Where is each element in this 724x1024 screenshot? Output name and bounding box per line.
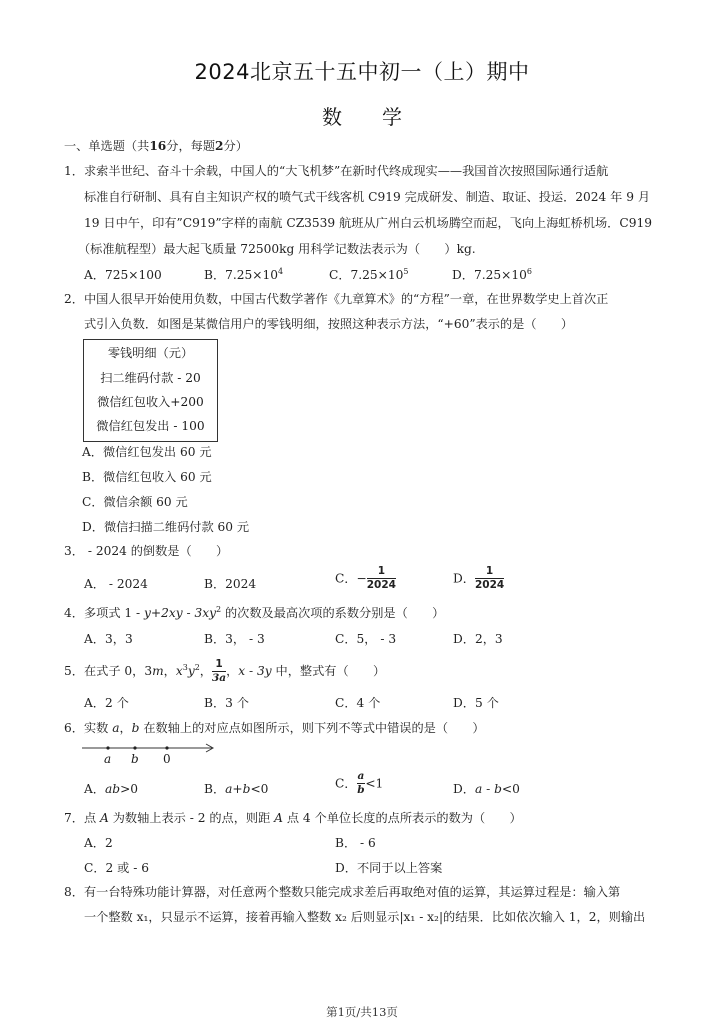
- number-line-icon: [80, 738, 220, 772]
- fraction: ab: [357, 771, 366, 796]
- option-a: A． - 2024: [84, 576, 148, 592]
- question-text: 中国人很早开始使用负数，中国古代数学著作《九章算术》的“方程”一章，在世界数学史…: [84, 291, 608, 307]
- subject-heading: 数学: [0, 101, 724, 130]
- option-b: B．3 个: [204, 695, 249, 711]
- option-d: D．a - b<0: [453, 781, 520, 797]
- page-footer: 第1页/共13页: [0, 1004, 724, 1020]
- figure-row: 微信红包发出 - 100: [84, 417, 217, 434]
- question-number: 2．: [64, 291, 84, 307]
- option-b: B．3， - 3: [204, 631, 265, 647]
- question-stem: 5．在式子 0，3m，x3y2，13a，x - 3y 中，整式有（ ）: [64, 656, 385, 686]
- option-c: C．ab<1: [335, 771, 383, 796]
- option-d: D．7.25×106: [452, 267, 532, 283]
- option-a: A．ab>0: [84, 781, 138, 797]
- option-c: C．7.25×105: [329, 267, 408, 283]
- option-c: C．2 或 - 6: [84, 860, 149, 876]
- option-c: C．4 个: [335, 695, 380, 711]
- option-b: B．微信红包收入 60 元: [82, 469, 212, 485]
- figure-title: 零钱明细（元）: [84, 344, 217, 361]
- question-stem: 4．多项式 1 - y+2xy - 3xy2 的次数及最高次项的系数分别是（ ）: [64, 605, 444, 621]
- option-a: A．725×100: [84, 267, 162, 283]
- figure-row: 扫二维码付款 - 20: [84, 369, 217, 386]
- fraction: 13a: [212, 659, 226, 684]
- point-label-b: b: [131, 752, 139, 766]
- subject-char: 数: [322, 101, 342, 130]
- option-d: D．不同于以上答案: [335, 860, 442, 876]
- fraction: 12024: [367, 566, 396, 591]
- option-c: C．5， - 3: [335, 631, 396, 647]
- option-d: D．5 个: [453, 695, 499, 711]
- option-d: D．2，3: [453, 631, 503, 647]
- question-text: 一个整数 x₁，只显示不运算，接着再输入整数 x₂ 后则显示|x₁ - x₂|的…: [84, 909, 645, 925]
- figure-row: 微信红包收入+200: [84, 393, 217, 410]
- option-a: A．3，3: [84, 631, 133, 647]
- exam-page: 2024北京五十五中初一（上）期中 数学 一、单选题（共16分，每题2分） 1．…: [0, 0, 724, 1024]
- question-text: （标准航程型）最大起飞质量 72500kg 用科学记数法表示为（ ）kg.: [78, 241, 476, 257]
- section-heading: 一、单选题（共16分，每题2分）: [64, 138, 248, 154]
- option-d: D．12024: [453, 566, 504, 591]
- question-text: 有一台特殊功能计算器，对任意两个整数只能完成求差后再取绝对值的运算，其运算过程是…: [84, 884, 620, 900]
- question-text: 标准自行研制、具有自主知识产权的喷气式干线客机 C919 完成研发、制造、取证、…: [84, 189, 650, 205]
- question-text: 求索半世纪、奋斗十余载，中国人的“大飞机梦”在新时代终成现实——我国首次按照国际…: [84, 163, 608, 179]
- question-stem: 6．实数 a，b 在数轴上的对应点如图所示，则下列不等式中错误的是（ ）: [64, 720, 485, 736]
- question-stem: 7．点 A 为数轴上表示 - 2 的点，则距 A 点 4 个单位长度的点所表示的…: [64, 810, 522, 826]
- option-b: B．2024: [204, 576, 256, 592]
- exam-title: 2024北京五十五中初一（上）期中: [0, 56, 724, 86]
- option-b: B．a+b<0: [204, 781, 268, 797]
- option-a: A．2: [84, 835, 113, 851]
- option-b: B． - 6: [335, 835, 376, 851]
- question-number: 1．: [64, 163, 84, 179]
- option-d: D．微信扫描二维码付款 60 元: [82, 519, 249, 535]
- option-a: A．2 个: [84, 695, 129, 711]
- subject-char: 学: [382, 101, 402, 130]
- question-stem: 3． - 2024 的倒数是（ ）: [64, 543, 228, 559]
- option-c: C．−12024: [335, 566, 396, 591]
- question-text: 19 日中午，印有”C919”字样的南航 CZ3539 航班从广州白云机场腾空而…: [84, 215, 652, 231]
- point-label-zero: 0: [163, 752, 171, 766]
- fraction: 12024: [475, 566, 504, 591]
- question-text: 式引入负数．如图是某微信用户的零钱明细，按照这种表示方法，“+60”表示的是（ …: [84, 316, 573, 332]
- wallet-detail-figure: 零钱明细（元） 扫二维码付款 - 20 微信红包收入+200 微信红包发出 - …: [83, 339, 218, 442]
- point-label-a: a: [104, 752, 111, 766]
- option-a: A．微信红包发出 60 元: [82, 444, 212, 460]
- option-b: B．7.25×104: [204, 267, 283, 283]
- number-line-figure: a b 0: [80, 738, 220, 772]
- question-number: 8．: [64, 884, 84, 900]
- option-c: C．微信余额 60 元: [82, 494, 188, 510]
